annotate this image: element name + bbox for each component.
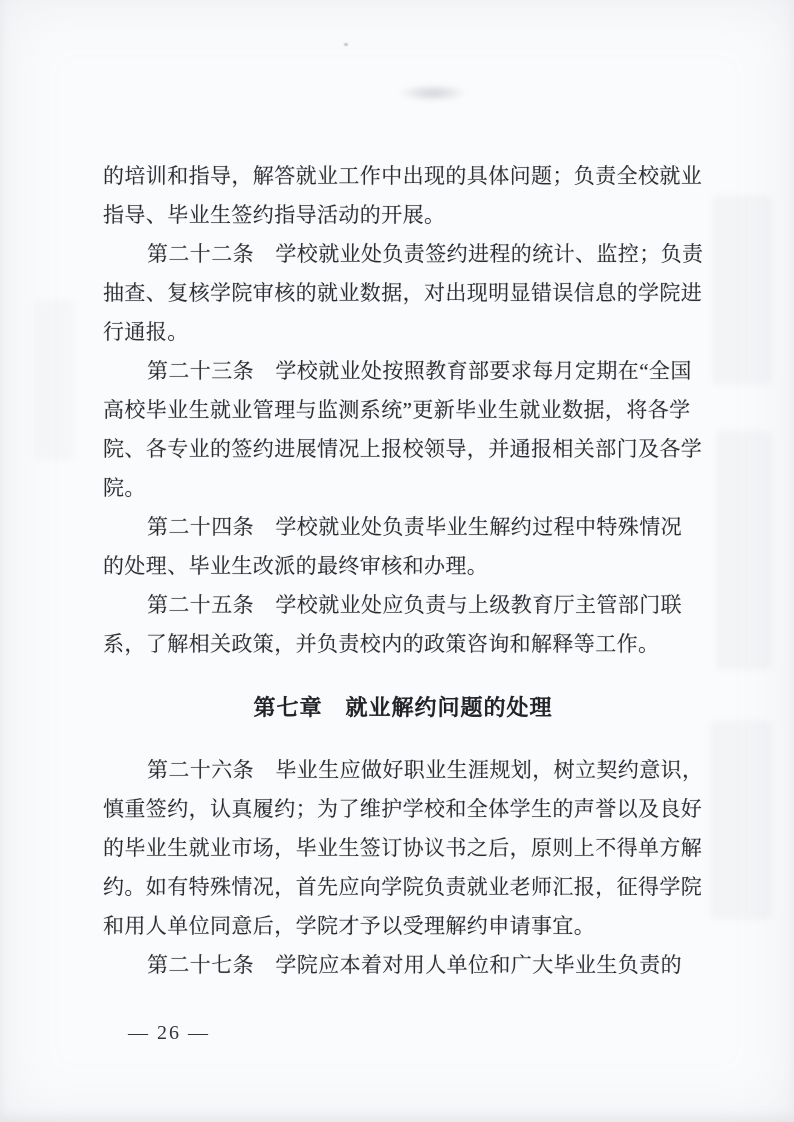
page-number: — 26 — bbox=[128, 1022, 210, 1045]
bleed-through-ghost bbox=[712, 195, 772, 385]
body-line-article-27: 第二十七条 学院应本着对用人单位和广大毕业生负责的 bbox=[103, 946, 703, 985]
body-line: 和用人单位同意后，学院才予以受理解约申请事宜。 bbox=[103, 907, 703, 946]
body-line-article-26: 第二十六条 毕业生应做好职业生涯规划，树立契约意识， bbox=[103, 751, 703, 790]
body-line: 高校毕业生就业管理与监测系统”更新毕业生就业数据，将各学 bbox=[103, 391, 703, 430]
body-line: 的培训和指导，解答就业工作中出现的具体问题；负责全校就业 bbox=[103, 157, 703, 196]
bleed-through-ghost bbox=[710, 720, 772, 920]
body-line: 慎重签约，认真履约；为了维护学校和全体学生的声誉以及良好 bbox=[103, 790, 703, 829]
body-line: 抽查、复核学院审核的就业数据，对出现明显错误信息的学院进 bbox=[103, 274, 703, 313]
body-line: 院。 bbox=[103, 469, 703, 508]
body-line-article-25: 第二十五条 学校就业处应负责与上级教育厅主管部门联 bbox=[103, 586, 703, 625]
body-line: 指导、毕业生签约指导活动的开展。 bbox=[103, 196, 703, 235]
body-line: 的处理、毕业生改派的最终审核和办理。 bbox=[103, 547, 703, 586]
body-line: 行通报。 bbox=[103, 313, 703, 352]
body-line: 院、各专业的签约进展情况上报校领导，并通报相关部门及各学 bbox=[103, 430, 703, 469]
chapter-heading: 第七章 就业解约问题的处理 bbox=[103, 691, 703, 725]
bleed-through-ghost bbox=[34, 300, 74, 460]
bleed-through-ghost bbox=[716, 430, 772, 670]
body-line: 的毕业生就业市场，毕业生签订协议书之后，原则上不得单方解 bbox=[103, 829, 703, 868]
body-line-article-24: 第二十四条 学校就业处负责毕业生解约过程中特殊情况 bbox=[103, 508, 703, 547]
document-body: 的培训和指导，解答就业工作中出现的具体问题；负责全校就业 指导、毕业生签约指导活… bbox=[103, 157, 703, 985]
scan-smudge bbox=[398, 84, 468, 102]
scan-speck bbox=[344, 43, 348, 46]
body-line: 约。如有特殊情况，首先应向学院负责就业老师汇报，征得学院 bbox=[103, 868, 703, 907]
body-line-article-22: 第二十二条 学校就业处负责签约进程的统计、监控；负责 bbox=[103, 235, 703, 274]
body-line-article-23: 第二十三条 学校就业处按照教育部要求每月定期在“全国 bbox=[103, 352, 703, 391]
body-line: 系，了解相关政策，并负责校内的政策咨询和解释等工作。 bbox=[103, 625, 703, 664]
scanned-document-page: 的培训和指导，解答就业工作中出现的具体问题；负责全校就业 指导、毕业生签约指导活… bbox=[0, 0, 794, 1122]
